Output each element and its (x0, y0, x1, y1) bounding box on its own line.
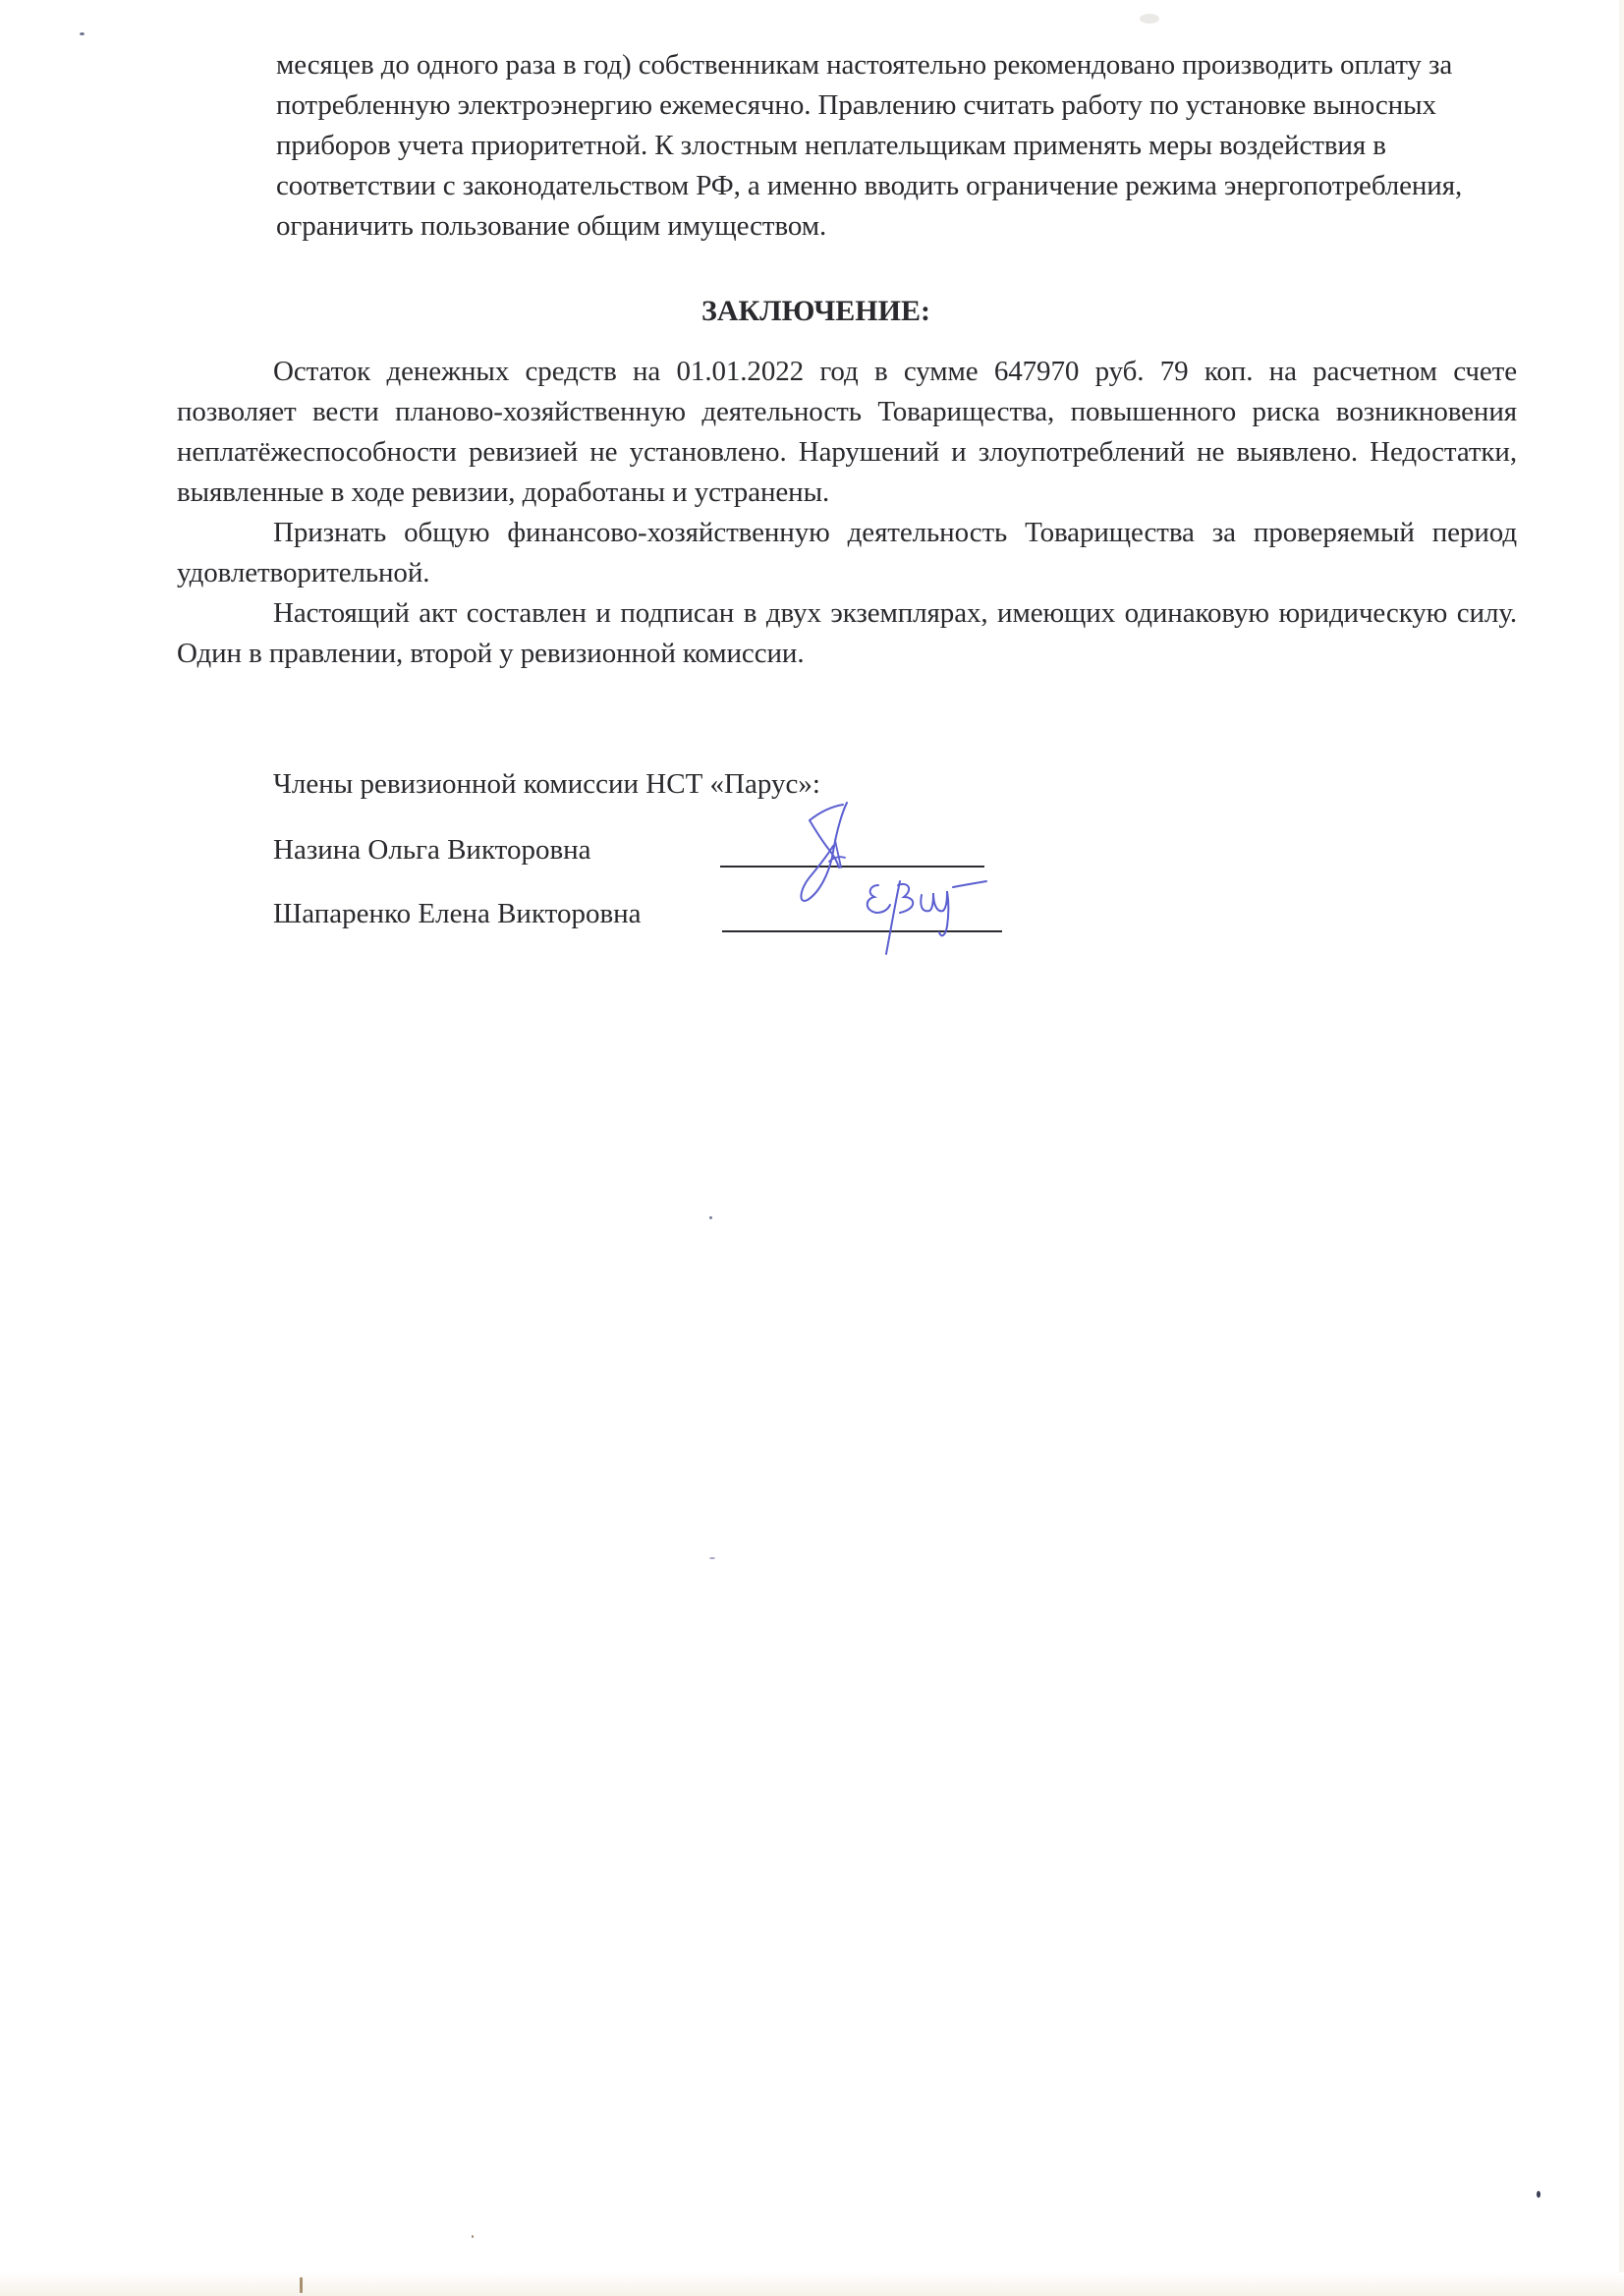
scan-speck (80, 32, 84, 35)
handwritten-signature-icon (786, 801, 894, 909)
commission-members-label: Члены ревизионной комиссии НСТ «Парус»: (273, 764, 820, 805)
scan-speck (1140, 14, 1159, 24)
scanned-document-page: месяцев до одного раза в год) собственни… (0, 0, 1624, 2296)
intro-paragraph-block: месяцев до одного раза в год) собственни… (177, 45, 1517, 247)
scan-speck (1537, 2191, 1540, 2198)
signatory-row: Назина Ольга Викторовна (273, 830, 591, 870)
page-edge-right (1619, 0, 1624, 2296)
conclusion-heading: ЗАКЛЮЧЕНИЕ: (0, 291, 1624, 331)
intro-paragraph: месяцев до одного раза в год) собственни… (177, 45, 1517, 247)
scan-speck (472, 2235, 474, 2238)
signatory-name: Назина Ольга Викторовна (273, 834, 591, 866)
signatory-row: Шапаренко Елена Викторовна (273, 894, 642, 934)
handwritten-signature-icon (865, 879, 1022, 958)
page-edge-bottom (0, 2272, 1624, 2296)
paragraph-copies: Настоящий акт составлен и подписан в дву… (177, 593, 1517, 674)
paragraph-balance: Остаток денежных средств на 01.01.2022 г… (177, 352, 1517, 513)
paragraph-assessment: Признать общую финансово-хозяйственную д… (177, 513, 1517, 593)
conclusion-body: Остаток денежных средств на 01.01.2022 г… (177, 352, 1517, 674)
signature-line (722, 930, 1002, 932)
scan-speck (709, 1216, 712, 1219)
signature-line (720, 866, 984, 868)
scan-speck (300, 2277, 303, 2293)
signatory-name: Шапаренко Елена Викторовна (273, 898, 642, 929)
scan-speck (709, 1557, 715, 1559)
